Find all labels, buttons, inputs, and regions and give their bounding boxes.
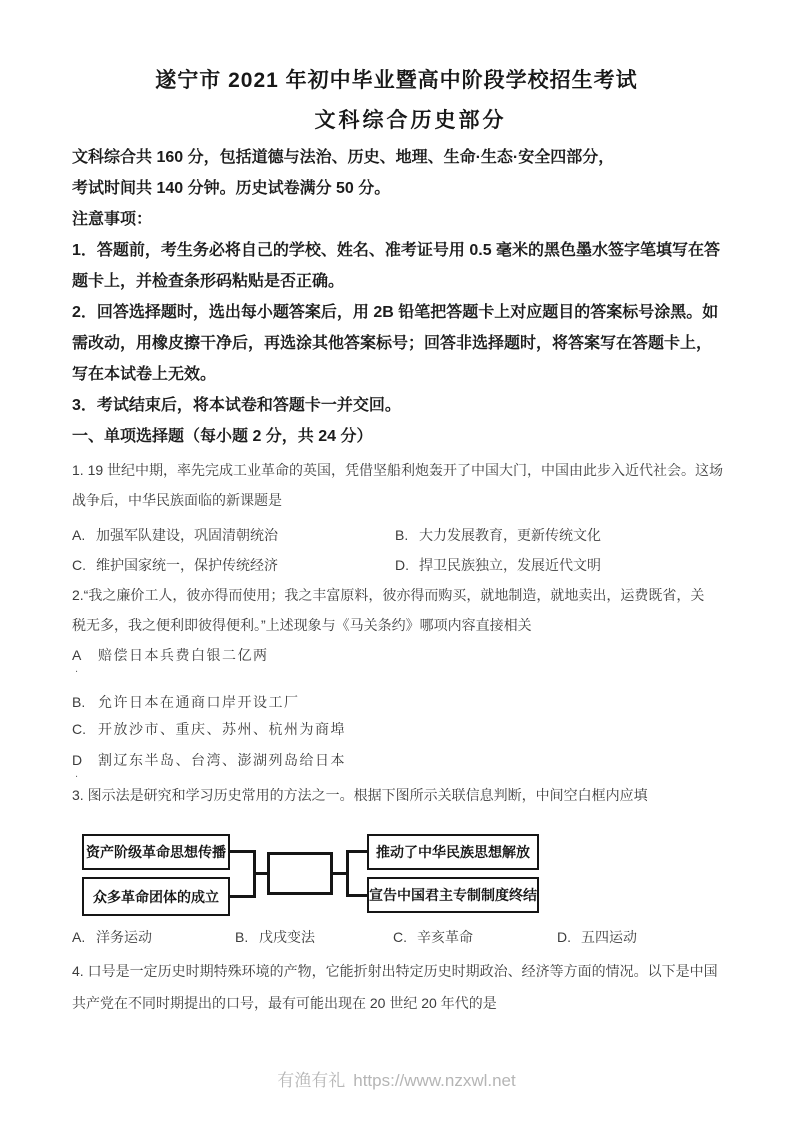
- question-1-line-2: 战争后，中华民族面临的新课题是: [72, 485, 723, 515]
- exam-intro: 文科综合共 160 分，包括道德与法治、历史、地理、生命·生态·安全四部分， 考…: [72, 142, 732, 204]
- intro-line-1: 文科综合共 160 分，包括道德与法治、历史、地理、生命·生态·安全四部分，: [72, 142, 732, 173]
- option-label: C.: [393, 922, 417, 952]
- watermark-site-name: 有渔有礼: [277, 1071, 345, 1090]
- option-text: 加强军队建设，巩固清朝统治: [96, 527, 278, 543]
- notice-item-1-line-1: 1．答题前，考生务必将自己的学校、姓名、准考证号用 0.5 毫米的黑色墨水签字笔…: [72, 235, 732, 266]
- diagram-box-right-top: 推动了中华民族思想解放: [367, 834, 539, 870]
- notice-item-1-line-2: 题卡上，并检查条形码粘贴是否正确。: [72, 266, 732, 297]
- question-3-text: 3. 图示法是研究和学习历史常用的方法之一。根据下图所示关联信息判断，中间空白框…: [72, 780, 648, 810]
- option-text: 大力发展教育，更新传统文化: [419, 527, 601, 543]
- option-label: A.: [72, 520, 96, 550]
- diagram-connector-line: [346, 850, 349, 897]
- option-text: 维护国家统一，保护传统经济: [96, 557, 278, 573]
- option-text: 洋务运动: [96, 929, 152, 945]
- option-label: B.: [235, 922, 259, 952]
- option-text: 戊戌变法: [259, 929, 315, 945]
- option-label: B.: [395, 520, 419, 550]
- diagram-box-center-blank: [267, 852, 333, 895]
- notice-item-3: 3．考试结束后，将本试卷和答题卡一并交回。: [72, 390, 732, 421]
- notice-block: 注意事项： 1．答题前，考生务必将自己的学校、姓名、准考证号用 0.5 毫米的黑…: [72, 204, 732, 421]
- notice-item-2-line-2: 需改动，用橡皮擦干净后，再选涂其他答案标号；回答非选择题时，将答案写在答题卡上，: [72, 328, 732, 359]
- section-heading: 一、单项选择题（每小题 2 分，共 24 分）: [72, 421, 732, 452]
- option-label: D.: [395, 550, 419, 580]
- diagram-connector-line: [346, 894, 369, 897]
- question-1-option-d: D.捍卫民族独立，发展近代文明: [395, 550, 601, 580]
- option-text: 开放沙市、重庆、苏州、杭州为商埠: [98, 721, 346, 737]
- notice-item-2-line-1: 2．回答选择题时，选出每小题答案后，用 2B 铅笔把答题卡上对应题目的答案标号涂…: [72, 297, 732, 328]
- question-3-option-b: B.戊戌变法: [235, 922, 315, 952]
- option-label: C.: [72, 714, 98, 744]
- diagram-connector-line: [253, 872, 269, 875]
- scan-artifact-dot: .: [75, 769, 78, 779]
- diagram-box-right-bottom: 宣告中国君主专制制度终结: [367, 877, 539, 913]
- question-4-text: 4. 口号是一定历史时期特殊环境的产物，它能折射出特定历史时期政治、经济等方面的…: [72, 955, 718, 1019]
- watermark-footer: 有渔有礼https://www.nzxwl.net: [0, 1066, 793, 1096]
- intro-line-2: 考试时间共 140 分钟。历史试卷满分 50 分。: [72, 173, 732, 204]
- question-2-text: 2.“我之廉价工人，彼亦得而使用；我之丰富原料，彼亦得而购买，就地制造，就地卖出…: [72, 580, 704, 640]
- page-title: 遂宁市 2021 年初中毕业暨高中阶段学校招生考试: [0, 67, 793, 95]
- option-label: C.: [72, 550, 96, 580]
- question-1-option-b: B.大力发展教育，更新传统文化: [395, 520, 601, 550]
- question-2-option-c: C.开放沙市、重庆、苏州、杭州为商埠: [72, 714, 346, 744]
- question-3-option-c: C.辛亥革命: [393, 922, 473, 952]
- option-text: 割辽东半岛、台湾、澎湖列岛给日本: [98, 752, 346, 768]
- diagram-connector-line: [346, 850, 369, 853]
- notice-item-2-line-3: 写在本试卷上无效。: [72, 359, 732, 390]
- option-text: 允许日本在通商口岸开设工厂: [98, 694, 300, 710]
- option-label: D.: [557, 922, 581, 952]
- question-3-option-d: D.五四运动: [557, 922, 637, 952]
- watermark-url: https://www.nzxwl.net: [353, 1071, 516, 1090]
- question-2-line-2: 税无多，我之便利即彼得便利。”上述现象与《马关条约》哪项内容直接相关: [72, 610, 704, 640]
- scan-artifact-dot: .: [75, 664, 78, 674]
- question-3-flow-diagram: 资产阶级革命思想传播 众多革命团体的成立 推动了中华民族思想解放 宣告中国君主专…: [72, 832, 723, 930]
- question-1-options-row-1: A.加强军队建设，巩固清朝统治 B.大力发展教育，更新传统文化: [72, 520, 732, 550]
- option-text: 捍卫民族独立，发展近代文明: [419, 557, 601, 573]
- question-2-option-a: A赔偿日本兵费白银二亿两: [72, 640, 269, 670]
- question-3-options-row: A.洋务运动 B.戊戌变法 C.辛亥革命 D.五四运动: [72, 922, 732, 952]
- question-1-option-a: A.加强军队建设，巩固清朝统治: [72, 520, 278, 550]
- question-1-line-1: 1. 19 世纪中期，率先完成工业革命的英国，凭借坚船利炮轰开了中国大门，中国由…: [72, 455, 723, 485]
- question-2-option-b: B.允许日本在通商口岸开设工厂: [72, 687, 300, 717]
- option-label: B.: [72, 687, 98, 717]
- option-text: 五四运动: [581, 929, 637, 945]
- question-1-option-c: C.维护国家统一，保护传统经济: [72, 550, 278, 580]
- question-2-option-d: D割辽东半岛、台湾、澎湖列岛给日本: [72, 745, 346, 775]
- question-4-line-1: 4. 口号是一定历史时期特殊环境的产物，它能折射出特定历史时期政治、经济等方面的…: [72, 955, 718, 987]
- option-text: 赔偿日本兵费白银二亿两: [98, 647, 269, 663]
- notice-heading: 注意事项：: [72, 204, 732, 235]
- question-1-options-row-2: C.维护国家统一，保护传统经济 D.捍卫民族独立，发展近代文明: [72, 550, 732, 580]
- diagram-box-left-bottom: 众多革命团体的成立: [82, 877, 230, 916]
- option-label: A.: [72, 922, 96, 952]
- question-1-text: 1. 19 世纪中期，率先完成工业革命的英国，凭借坚船利炮轰开了中国大门，中国由…: [72, 455, 723, 515]
- question-3-line-1: 3. 图示法是研究和学习历史常用的方法之一。根据下图所示关联信息判断，中间空白框…: [72, 780, 648, 810]
- option-text: 辛亥革命: [417, 929, 473, 945]
- exam-paper-page: 遂宁市 2021 年初中毕业暨高中阶段学校招生考试 文科综合历史部分 文科综合共…: [0, 0, 793, 1122]
- question-2-line-1: 2.“我之廉价工人，彼亦得而使用；我之丰富原料，彼亦得而购买，就地制造，就地卖出…: [72, 580, 704, 610]
- diagram-box-left-top: 资产阶级革命思想传播: [82, 834, 230, 870]
- question-4-line-2: 共产党在不同时期提出的口号，最有可能出现在 20 世纪 20 年代的是: [72, 987, 718, 1019]
- question-3-option-a: A.洋务运动: [72, 922, 152, 952]
- page-subtitle: 文科综合历史部分: [14, 107, 793, 135]
